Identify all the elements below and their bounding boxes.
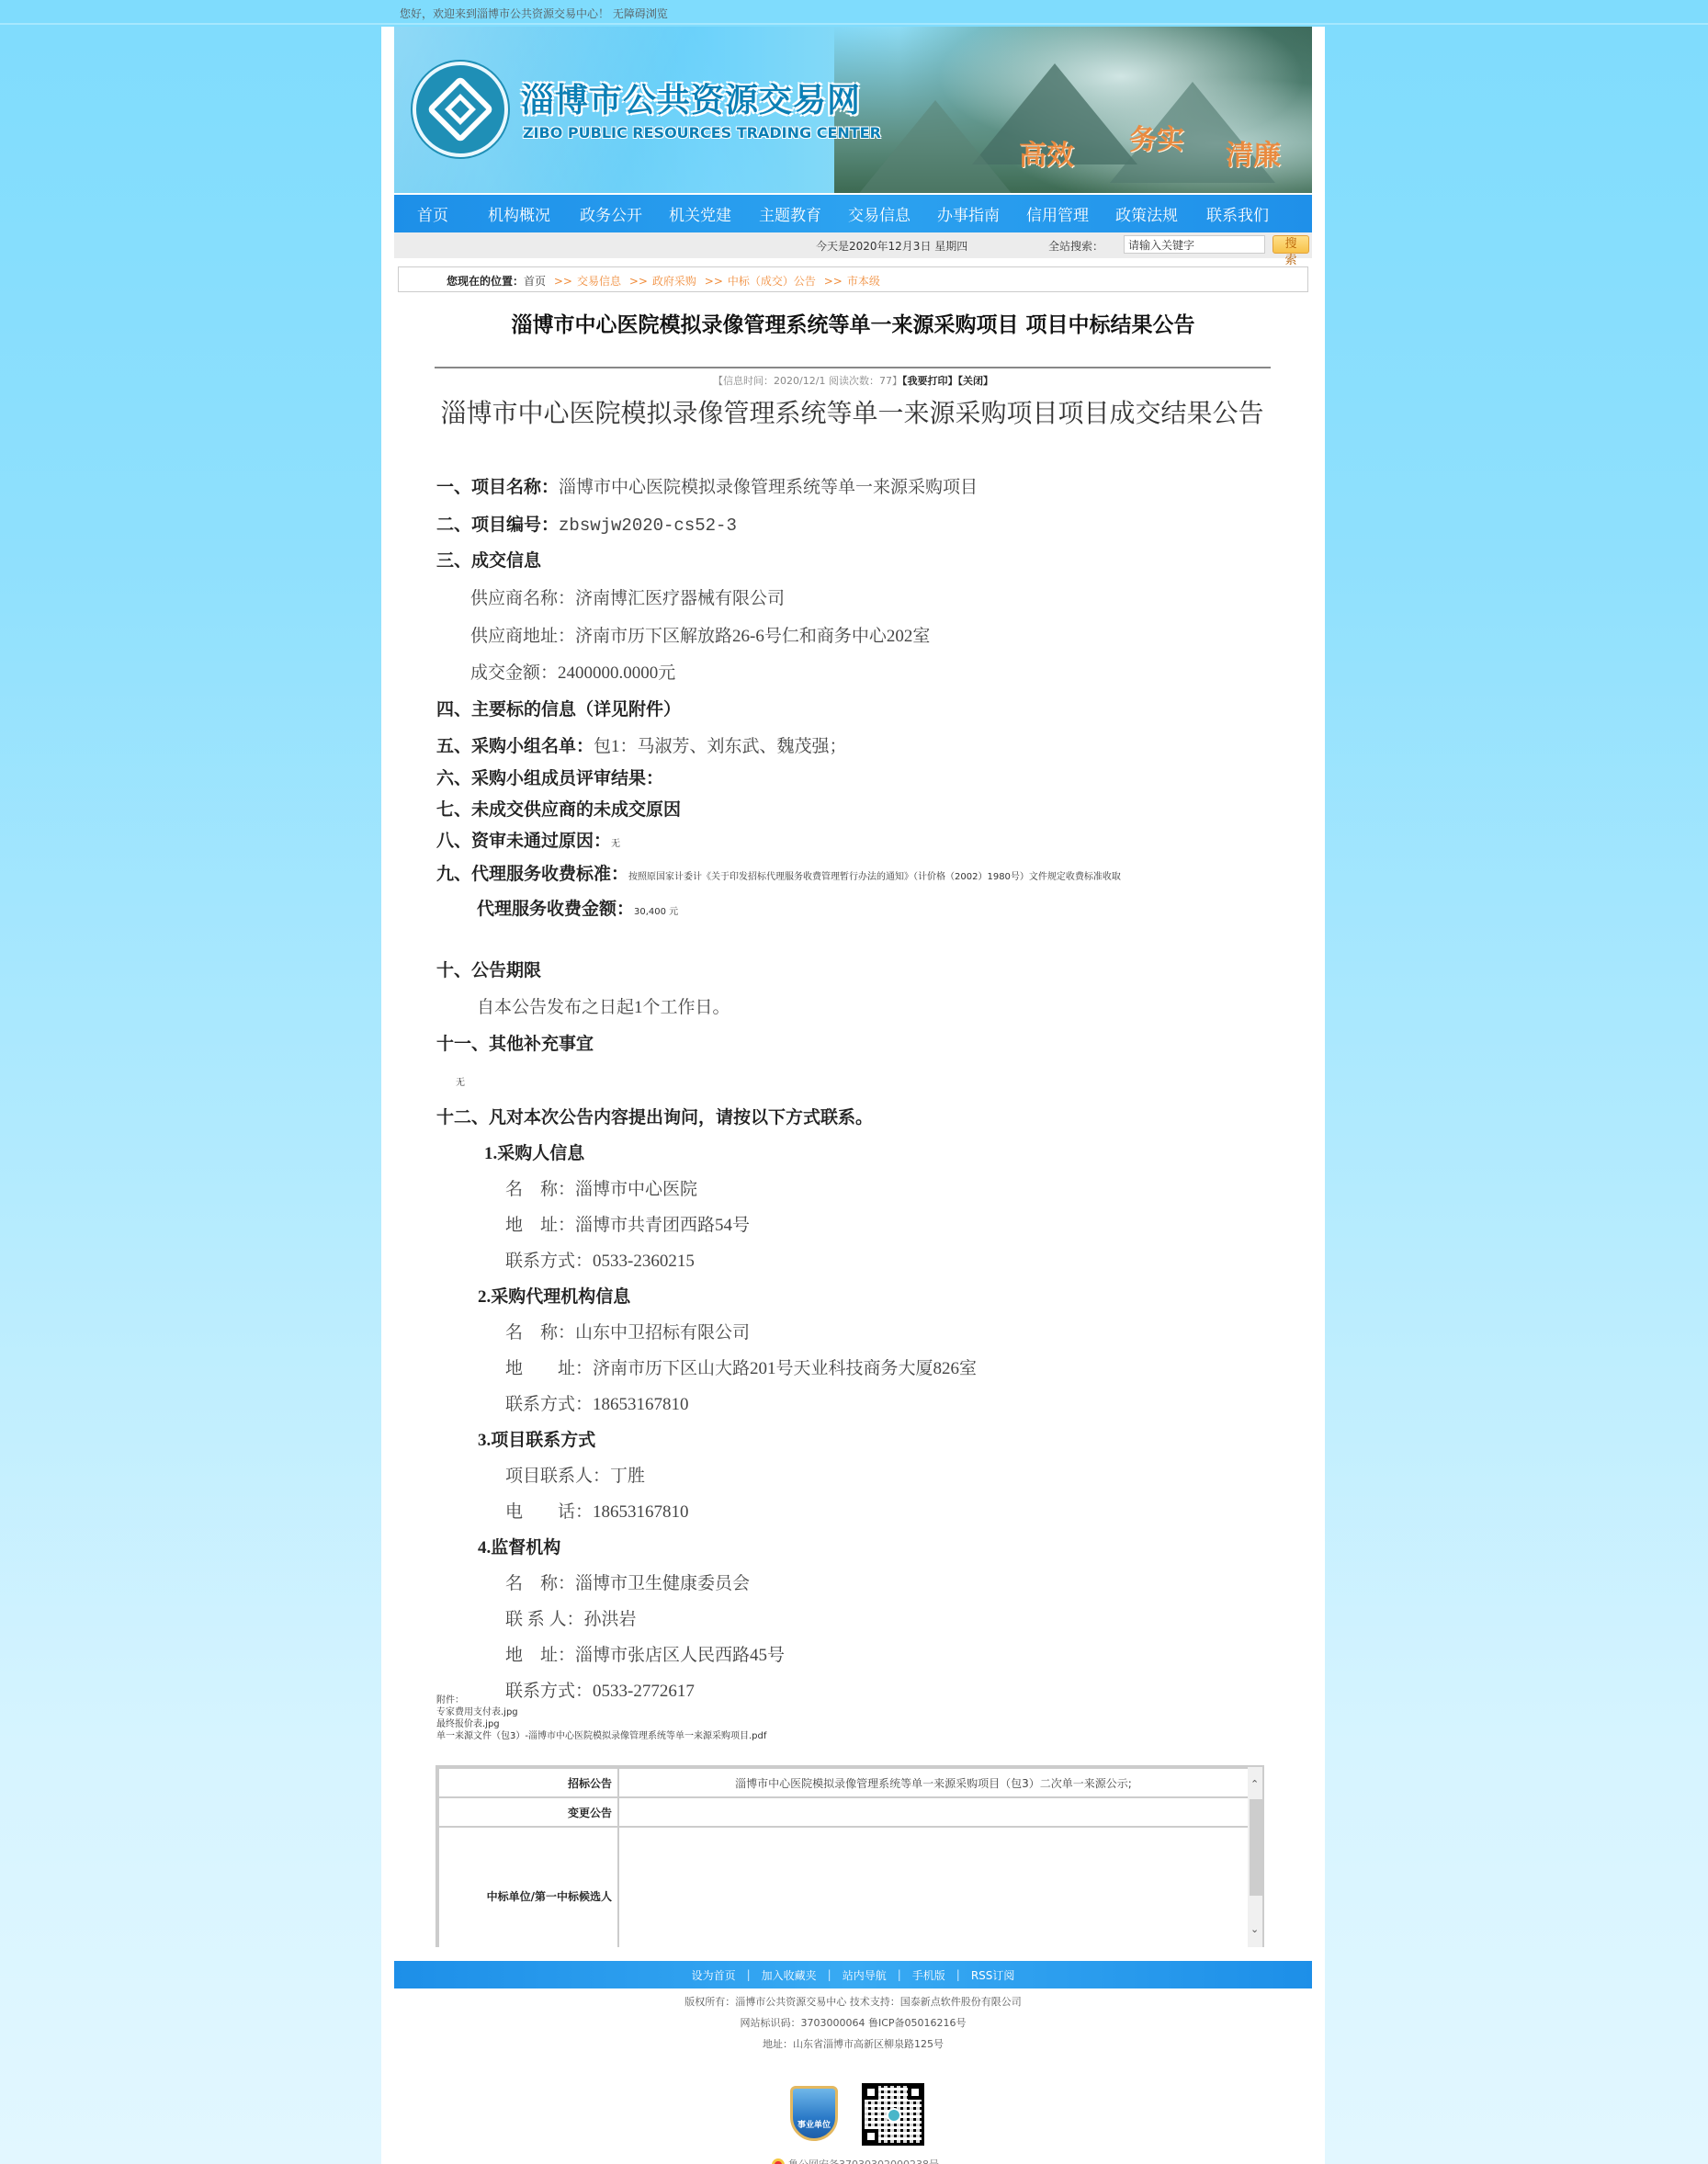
top-welcome-bar: 您好，欢迎来到淄博市公共资源交易中心！ 无障碍浏览	[0, 0, 1708, 25]
section-11: 十一、其他补充事宜	[436, 1030, 594, 1055]
section-7: 七、未成交供应商的未成交原因	[436, 796, 681, 821]
breadcrumb-award-notice[interactable]: 中标（成交）公告	[728, 275, 816, 288]
project-contact-person: 项目联系人：丁胜	[505, 1462, 645, 1487]
nav-service-guide[interactable]: 办事指南	[923, 202, 1013, 225]
nav-gov-affairs[interactable]: 政务公开	[567, 202, 655, 225]
notice-period: 自本公告发布之日起1个工作日。	[477, 993, 730, 1018]
section-4: 四、主要标的信息（详见附件）	[436, 696, 681, 720]
nav-about[interactable]: 机构概况	[471, 202, 567, 225]
table-scrollbar[interactable]: ⌃ ⌄	[1248, 1767, 1262, 1947]
site-title[interactable]: 淄博市公共资源交易网	[521, 74, 861, 121]
nav-party-building[interactable]: 机关党建	[655, 202, 745, 225]
supervisor-name: 名 称：淄博市卫生健康委员会	[505, 1569, 750, 1594]
date-search-bar: 今天是2020年12月3日 星期四 全站搜索： 搜 索	[394, 232, 1312, 258]
section-12: 十二、凡对本次公告内容提出询问，请按以下方式联系。	[436, 1104, 873, 1128]
related-notices-table: 招标公告 淄博市中心医院模拟录像管理系统等单一来源采购项目（包3）二次单一来源公…	[435, 1765, 1264, 1947]
attachment-link[interactable]: 单一来源文件（包3）-淄博市中心医院模拟录像管理系统等单一来源采购项目.pdf	[436, 1730, 766, 1742]
row-key: 中标单位/第一中标候选人	[438, 1827, 618, 1947]
nav-trade-info[interactable]: 交易信息	[835, 202, 923, 225]
public-institution-badge-icon[interactable]: 事业单位	[790, 2086, 838, 2141]
breadcrumb-separator: >>	[824, 275, 843, 288]
section-2: 二、项目编号：zbswjw2020-cs52-3	[436, 511, 737, 536]
tender-notice-link[interactable]: 淄博市中心医院模拟录像管理系统等单一来源采购项目（包3）二次单一来源公示;	[618, 1768, 1249, 1797]
logo-emblem-icon[interactable]	[413, 62, 508, 157]
header-banner: 淄博市公共资源交易网 ZIBO PUBLIC RESOURCES TRADING…	[394, 27, 1312, 193]
deal-amount: 成交金额：2400000.0000元	[470, 659, 675, 684]
breadcrumb-trade-info[interactable]: 交易信息	[577, 275, 621, 288]
agency-title: 2.采购代理机构信息	[478, 1283, 630, 1308]
attachment-link[interactable]: 最终报价表.jpg	[436, 1718, 766, 1730]
breadcrumb-separator: >>	[554, 275, 572, 288]
article-meta: 【信息时间：2020/12/1 阅读次数：77】【我要打印】【关闭】	[394, 373, 1312, 388]
agency-phone: 联系方式：18653167810	[505, 1390, 689, 1415]
slogan-honest: 清廉	[1226, 132, 1281, 173]
scrollbar-thumb[interactable]	[1250, 1799, 1262, 1896]
project-contact-title: 3.项目联系方式	[478, 1426, 595, 1451]
section-5: 五、采购小组名单：包1：马淑芳、刘东武、魏茂强；	[436, 732, 847, 757]
attachment-link[interactable]: 专家费用支付表.jpg	[436, 1706, 766, 1718]
agency-name: 名 称：山东中卫招标有限公司	[505, 1319, 750, 1343]
police-emblem-icon	[772, 2158, 785, 2164]
section-8: 八、资审未通过原因：无	[436, 827, 620, 852]
current-date: 今天是2020年12月3日 星期四	[816, 238, 967, 254]
table-row: 招标公告 淄博市中心医院模拟录像管理系统等单一来源采购项目（包3）二次单一来源公…	[438, 1768, 1249, 1797]
breadcrumb-gov-procurement[interactable]: 政府采购	[652, 275, 696, 288]
footer-copyright: 版权所有：淄博市公共资源交易中心 技术支持：国泰新点软件股份有限公司	[394, 1994, 1312, 2009]
section-1: 一、项目名称：淄博市中心医院模拟录像管理系统等单一来源采购项目	[436, 473, 978, 498]
slogan-pragmatic: 务实	[1129, 117, 1184, 157]
purchaser-name: 名 称：淄博市中心医院	[505, 1175, 697, 1200]
section-10: 十、公告期限	[436, 957, 541, 981]
supplier-name: 供应商名称：济南博汇医疗器械有限公司	[470, 584, 785, 609]
divider: |	[898, 1968, 901, 1981]
purchaser-phone: 联系方式：0533-2360215	[505, 1247, 695, 1272]
agency-address: 地 址：济南市历下区山大路201号天业科技商务大厦826室	[505, 1354, 977, 1379]
section-6: 六、采购小组成员评审结果：	[436, 765, 663, 789]
divider: |	[747, 1968, 751, 1981]
add-favorites-link[interactable]: 加入收藏夹	[762, 1967, 817, 1983]
attachments-label: 附件：	[436, 1694, 766, 1706]
project-contact-phone: 电 话：18653167810	[505, 1498, 689, 1523]
divider: |	[956, 1968, 960, 1981]
scroll-up-icon[interactable]: ⌃	[1250, 1778, 1259, 1790]
page-title: 淄博市中心医院模拟录像管理系统等单一来源采购项目 项目中标结果公告	[394, 308, 1312, 338]
set-homepage-link[interactable]: 设为首页	[692, 1967, 736, 1983]
row-value	[618, 1827, 1249, 1947]
rss-link[interactable]: RSS订阅	[971, 1967, 1015, 1983]
breadcrumb-label: 您现在的位置：	[447, 275, 524, 288]
search-input[interactable]	[1124, 235, 1265, 254]
print-link[interactable]: 【我要打印】	[902, 375, 958, 387]
table-row: 变更公告	[438, 1797, 1249, 1827]
footer-site-code: 网站标识码：3703000064 鲁ICP备05016216号	[394, 2015, 1312, 2030]
nav-policy[interactable]: 政策法规	[1102, 202, 1192, 225]
breadcrumb-city-level[interactable]: 市本级	[847, 275, 880, 288]
breadcrumb: 您现在的位置：首页 >>交易信息 >>政府采购 >>中标（成交）公告 >>市本级	[398, 266, 1308, 292]
nav-home[interactable]: 首页	[394, 202, 471, 225]
breadcrumb-separator: >>	[705, 275, 723, 288]
footer-address: 地址：山东省淄博市高新区柳泉路125号	[394, 2036, 1312, 2051]
supplier-address: 供应商地址：济南市历下区解放路26-6号仁和商务中心202室	[470, 622, 930, 647]
other-matters: 无	[456, 1074, 465, 1088]
search-button[interactable]: 搜 索	[1273, 235, 1309, 254]
article-heading: 淄博市中心医院模拟录像管理系统等单一来源采购项目项目成交结果公告	[436, 396, 1268, 431]
agency-fee: 代理服务收费金额：30,400 元	[477, 895, 678, 920]
site-map-link[interactable]: 站内导航	[843, 1967, 887, 1983]
welcome-text: 您好，欢迎来到淄博市公共资源交易中心！ 无障碍浏览	[400, 6, 668, 21]
mobile-version-link[interactable]: 手机版	[912, 1967, 945, 1983]
qr-code-icon	[862, 2083, 924, 2146]
table-row: 中标单位/第一中标候选人	[438, 1827, 1249, 1947]
purchaser-address: 地 址：淄博市共青团西路54号	[505, 1211, 750, 1236]
purchaser-title: 1.采购人信息	[484, 1139, 584, 1164]
supervisor-person: 联 系 人：孙洪岩	[505, 1605, 637, 1630]
supervisor-address: 地 址：淄博市张店区人民西路45号	[505, 1641, 785, 1666]
section-3: 三、成交信息	[436, 547, 541, 572]
attachments: 附件： 专家费用支付表.jpg 最终报价表.jpg 单一来源文件（包3）-淄博市…	[436, 1694, 766, 1742]
breadcrumb-separator: >>	[629, 275, 648, 288]
section-9: 九、代理服务收费标准：按照原国家计委计《关于印发招标代理服务收费管理暂行办法的通…	[436, 860, 1121, 885]
supervisor-title: 4.监督机构	[478, 1534, 560, 1558]
row-key: 招标公告	[438, 1768, 618, 1797]
slogan-efficient: 高效	[1019, 132, 1074, 173]
breadcrumb-home[interactable]: 首页	[524, 275, 546, 288]
footer-links: 设为首页 | 加入收藏夹 | 站内导航 | 手机版 | RSS订阅	[394, 1961, 1312, 1988]
nav-contact[interactable]: 联系我们	[1192, 202, 1284, 225]
divider: |	[828, 1968, 831, 1981]
police-record[interactable]: 鲁公网安备37030302000238号	[772, 2157, 939, 2164]
search-label: 全站搜索：	[1048, 238, 1103, 254]
row-key: 变更公告	[438, 1797, 618, 1827]
page-container: 淄博市公共资源交易网 ZIBO PUBLIC RESOURCES TRADING…	[381, 27, 1325, 2164]
nav-theme-education[interactable]: 主题教育	[745, 202, 835, 225]
nav-credit[interactable]: 信用管理	[1013, 202, 1102, 225]
main-nav: 首页 机构概况 政务公开 机关党建 主题教育 交易信息 办事指南 信用管理 政策…	[394, 195, 1312, 232]
info-time-views: 【信息时间：2020/12/1 阅读次数：77】	[713, 375, 902, 387]
site-subtitle: ZIBO PUBLIC RESOURCES TRADING CENTER	[523, 124, 881, 142]
scroll-down-icon[interactable]: ⌄	[1250, 1923, 1259, 1935]
row-value	[618, 1797, 1249, 1827]
close-link[interactable]: 【关闭】	[957, 375, 993, 387]
title-divider	[435, 367, 1271, 368]
